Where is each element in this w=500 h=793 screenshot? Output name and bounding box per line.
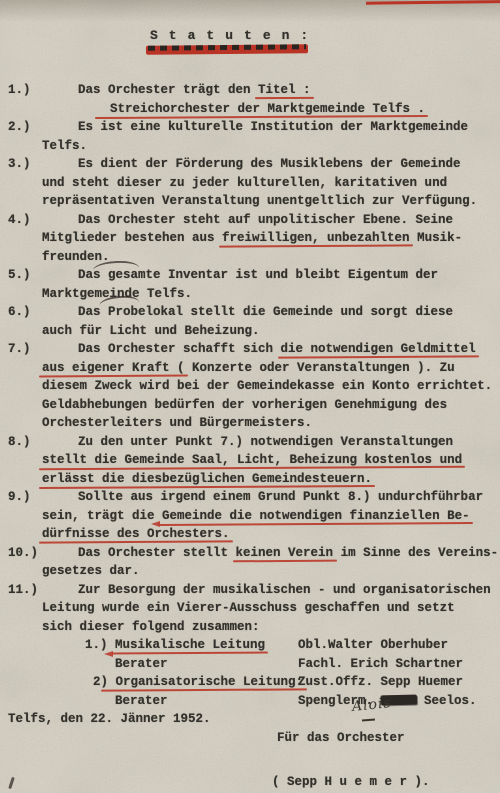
red-underlined-text: die notwendigen Geldmittel <box>281 340 476 359</box>
line-text: Sollte aus irgend einem Grund Punkt 8.) … <box>78 488 483 507</box>
text-segment: Sollte aus irgend einem Grund Punkt 8.) … <box>78 488 483 507</box>
line-text: Geldabhebungen bedürfen der vorherigen G… <box>42 396 447 415</box>
statute-line: diesem Zweck wird bei der Gemeindekasse … <box>0 377 500 396</box>
statute-line: auch für Licht und Beheizung. <box>0 322 500 341</box>
red-underlined-text: Titel : <box>258 81 311 100</box>
red-underlined-text: aus eigener Kraft ( <box>42 359 185 378</box>
red-underlined-text: stellt die Gemeinde Saal, Licht, Beheizu… <box>42 451 462 470</box>
item-number: 3.) <box>8 155 31 174</box>
statute-line: 9.)Sollte aus irgend einem Grund Punkt 8… <box>0 488 500 507</box>
red-underlined-text: keinen Verein <box>236 544 334 563</box>
statute-line: Streichorchester der Marktgemeinde Telfs… <box>0 100 500 119</box>
line-text: diesem Zweck wird bei der Gemeindekasse … <box>42 377 492 396</box>
text-segment: Das Orchester trägt den <box>78 81 258 100</box>
line-text: sein, trägt die Gemeinde die notwendigen… <box>42 507 470 526</box>
text-segment: diesem Zweck wird bei der Gemeindekasse … <box>42 377 492 396</box>
statute-line: sich dieser folgend zusammen: <box>0 618 500 637</box>
statute-line: Marktgemeinde Telfs. <box>0 285 500 304</box>
text-segment: Musik- <box>410 229 463 248</box>
text-segment: Mitglieder bestehen aus <box>42 229 222 248</box>
statute-line: stellt die Gemeinde Saal, Licht, Beheizu… <box>0 451 500 470</box>
line-text: Es ist eine kulturelle Institution der M… <box>78 118 468 137</box>
stray-pen-mark <box>8 777 15 789</box>
item-number: 7.) <box>8 340 31 359</box>
item-number: 10.) <box>8 544 38 563</box>
statute-line: aus eigener Kraft ( Konzerte oder Verans… <box>0 359 500 378</box>
text-segment: Obl.Walter Oberhuber <box>298 636 448 655</box>
statute-line: 11.)Zur Besorgung der musikalischen - un… <box>0 581 500 600</box>
text-segment: Zur Besorgung der musikalischen - und or… <box>78 581 491 600</box>
text-segment: gesetzes dar. <box>42 562 140 581</box>
line-text: dürfnisse des Orchesters. <box>42 525 230 544</box>
text-segment: Orchesterleiters und Bürgermeisters. <box>42 414 312 433</box>
text-segment: Das Orchester stellt <box>78 544 236 563</box>
item-number: 11.) <box>8 581 38 600</box>
red-underlined-text: freiwilligen, unbezahlten <box>222 229 410 248</box>
item-number: 2.) <box>8 118 31 137</box>
red-underlined-text: erlässt die diesbezüglichen Gemeindesteu… <box>42 470 372 489</box>
statute-line: BeraterSpenglerm. Seelos. <box>0 692 500 711</box>
line-text: Berater <box>115 655 168 674</box>
item-number: 1.) <box>8 81 31 100</box>
text-segment: Das Orchester steht auf unpolitischer Eb… <box>78 211 453 230</box>
text-segment: Es dient der Förderung des Musiklebens d… <box>78 155 461 174</box>
line-text: auch für Licht und Beheizung. <box>42 322 260 341</box>
statute-line: dürfnisse des Orchesters. <box>0 525 500 544</box>
line-text: 1.) Musikalische Leitung <box>85 636 265 655</box>
closing-line: Für das Orchester <box>277 729 500 748</box>
statute-line: 3.)Es dient der Förderung des Musikleben… <box>0 155 500 174</box>
line-text: Orchesterleiters und Bürgermeisters. <box>42 414 312 433</box>
signature-line: ( Sepp H u e m e r ). <box>272 773 500 792</box>
statute-line: 1.) Musikalische LeitungObl.Walter Oberh… <box>0 636 500 655</box>
statute-line: 8.)Zu den unter Punkt 7.) notwendigen Ve… <box>0 433 500 452</box>
line-text: und steht dieser zu jeder kulturellen, k… <box>42 174 447 193</box>
statute-line: Telfs. <box>0 137 500 156</box>
line-text: Obl.Walter Oberhuber <box>298 636 448 655</box>
text-segment: sein, trägt die <box>42 507 162 526</box>
text-segment: und steht dieser zu jeder kulturellen, k… <box>42 174 447 193</box>
text-segment: Geldabhebungen bedürfen der vorherigen G… <box>42 396 447 415</box>
text-segment: sich dieser folgend zusammen: <box>42 618 260 637</box>
text-segment: Zu den unter Punkt 7.) notwendigen Veran… <box>78 433 453 452</box>
statute-line: erlässt die diesbezüglichen Gemeindesteu… <box>0 470 500 489</box>
item-number: 5.) <box>8 266 31 285</box>
text-segment: Das gesamte Inventar ist und bleibt Eige… <box>78 266 438 285</box>
statute-line: 2.)Es ist eine kulturelle Institution de… <box>0 118 500 137</box>
line-text: Das Orchester trägt den Titel : <box>78 81 311 100</box>
text-segment: Konzerte oder Veranstaltungen ). Zu <box>185 359 455 378</box>
line-text: Telfs. <box>42 137 87 156</box>
statute-line: repräsentativen Veranstaltung unentgeltl… <box>0 192 500 211</box>
statute-line: 1.)Das Orchester trägt den Titel : <box>0 81 500 100</box>
line-text: Berater <box>115 692 168 711</box>
line-text: Das Probelokal stellt die Gemeinde und s… <box>78 303 453 322</box>
line-text: Das Orchester schafft sich die notwendig… <box>78 340 476 359</box>
text-segment: Zust.Offz. Sepp Huemer <box>298 673 463 692</box>
statute-line: Orchesterleiters und Bürgermeisters. <box>0 414 500 433</box>
document-title: S t a t u t e n : <box>150 28 500 44</box>
line-text: Fachl. Erich Schartner <box>298 655 463 674</box>
line-text: Zur Besorgung der musikalischen - und or… <box>78 581 491 600</box>
line-text: Zust.Offz. Sepp Huemer <box>298 673 463 692</box>
statute-line: Leitung wurde ein Vierer-Ausschuss gesch… <box>0 599 500 618</box>
scanned-document-page: S t a t u t e n : 1.)Das Orchester trägt… <box>0 0 500 793</box>
title-underline <box>146 44 308 54</box>
statute-line: gesetzes dar. <box>0 562 500 581</box>
statute-line: und steht dieser zu jeder kulturellen, k… <box>0 174 500 193</box>
statute-list: 1.)Das Orchester trägt den Titel :Streic… <box>0 81 500 710</box>
red-underlined-text: Organisatorische Leitung: <box>116 673 304 692</box>
item-number: 4.) <box>8 211 31 230</box>
statute-line: sein, trägt die Gemeinde die notwendigen… <box>0 507 500 526</box>
statute-line: BeraterFachl. Erich Schartner <box>0 655 500 674</box>
text-segment: Fachl. Erich Schartner <box>298 655 463 674</box>
text-segment: Berater <box>115 692 168 711</box>
red-underlined-text: Musikalische Leitung <box>115 636 265 655</box>
text-segment: repräsentativen Veranstaltung unentgeltl… <box>42 192 477 211</box>
date-line: Telfs, den 22. Jänner 1952. <box>8 710 500 729</box>
line-text: repräsentativen Veranstaltung unentgeltl… <box>42 192 477 211</box>
line-text: Das Orchester stellt keinen Verein im Si… <box>78 544 498 563</box>
red-underlined-text: Gemeinde die notwendigen finanziellen Be… <box>162 507 470 526</box>
line-text: sich dieser folgend zusammen: <box>42 618 260 637</box>
line-text: aus eigener Kraft ( Konzerte oder Verans… <box>42 359 455 378</box>
statute-line: 10.)Das Orchester stellt keinen Verein i… <box>0 544 500 563</box>
line-text: Zu den unter Punkt 7.) notwendigen Veran… <box>78 433 453 452</box>
statute-line: freunden. <box>0 248 500 267</box>
text-segment: Das Probelokal stellt die Gemeinde und s… <box>78 303 453 322</box>
line-text: 2) Organisatorische Leitung: <box>93 673 303 692</box>
statute-line: 5.)Das gesamte Inventar ist und bleibt E… <box>0 266 500 285</box>
statute-line: 6.)Das Probelokal stellt die Gemeinde un… <box>0 303 500 322</box>
statute-line: Geldabhebungen bedürfen der vorherigen G… <box>0 396 500 415</box>
red-underlined-text: Streichorchester der Marktgemeinde Telfs… <box>110 100 425 119</box>
text-segment: auch für Licht und Beheizung. <box>42 322 260 341</box>
line-text: stellt die Gemeinde Saal, Licht, Beheizu… <box>42 451 462 470</box>
line-text: Das Orchester steht auf unpolitischer Eb… <box>78 211 453 230</box>
statute-line: 4.)Das Orchester steht auf unpolitischer… <box>0 211 500 230</box>
text-segment: Es ist eine kulturelle Institution der M… <box>78 118 468 137</box>
line-text: Streichorchester der Marktgemeinde Telfs… <box>110 100 425 119</box>
item-number: 6.) <box>8 303 31 322</box>
line-text: Es dient der Förderung des Musiklebens d… <box>78 155 461 174</box>
line-text: Mitglieder bestehen aus freiwilligen, un… <box>42 229 462 248</box>
text-segment: Leitung wurde ein Vierer-Ausschuss gesch… <box>42 599 455 618</box>
text-segment: Seelos. <box>417 692 477 711</box>
item-number: 8.) <box>8 433 31 452</box>
line-text: erlässt die diesbezüglichen Gemeindesteu… <box>42 470 372 489</box>
text-segment: im Sinne des Vereins- <box>333 544 498 563</box>
line-text: gesetzes dar. <box>42 562 140 581</box>
text-segment: Telfs. <box>42 137 87 156</box>
statute-line: 7.)Das Orchester schafft sich die notwen… <box>0 340 500 359</box>
text-segment: Berater <box>115 655 168 674</box>
item-number: 9.) <box>8 488 31 507</box>
text-segment: Das Orchester schafft sich <box>78 340 281 359</box>
line-text: Das gesamte Inventar ist und bleibt Eige… <box>78 266 438 285</box>
red-underlined-text: dürfnisse des Orchesters. <box>42 525 230 544</box>
line-text: Leitung wurde ein Vierer-Ausschuss gesch… <box>42 599 455 618</box>
statute-line: 2) Organisatorische Leitung:Zust.Offz. S… <box>0 673 500 692</box>
statute-line: Mitglieder bestehen aus freiwilligen, un… <box>0 229 500 248</box>
